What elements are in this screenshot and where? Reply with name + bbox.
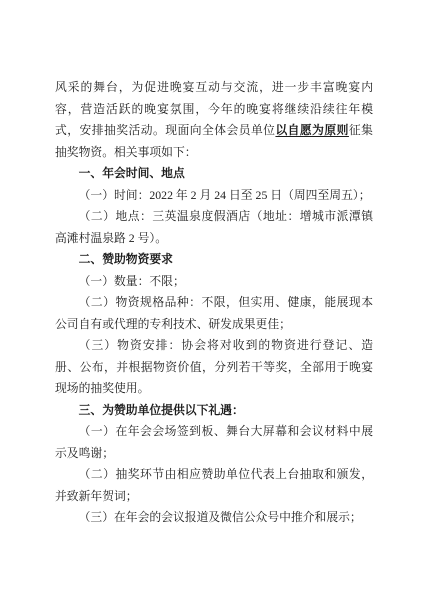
section-2-paragraph-1: （一）数量：不限； xyxy=(55,271,373,293)
section-heading-1: 一、年会时间、地点 xyxy=(55,163,373,185)
section-2-paragraph-3: （三）物资安排：协会将对收到的物资进行登记、造册、公布，并根据物资价值，分列若干… xyxy=(55,335,373,400)
intro-paragraph: 风采的舞台，为促进晚宴互动与交流，进一步丰富晚宴内容，营造活跃的晚宴氛围，今年的… xyxy=(55,77,373,163)
intro-emphasis-underlined: 以自愿为原则 xyxy=(275,123,348,137)
section-2-paragraph-2: （二）物资规格品种：不限，但实用、健康，能展现本公司自有或代理的专利技术、研发成… xyxy=(55,292,373,335)
sections-container: 一、年会时间、地点（一）时间：2022 年 2 月 24 日至 25 日（周四至… xyxy=(55,163,373,529)
section-1-paragraph-2: （二）地点：三英温泉度假酒店（地址：增城市派潭镇高滩村温泉路 2 号）。 xyxy=(55,206,373,249)
section-heading-3: 三、为赞助单位提供以下礼遇： xyxy=(55,400,373,422)
section-heading-2: 二、赞助物资要求 xyxy=(55,249,373,271)
section-3-paragraph-1: （一）在年会会场签到板、舞台大屏幕和会议材料中展示及鸣谢； xyxy=(55,421,373,464)
document-page: 风采的舞台，为促进晚宴互动与交流，进一步丰富晚宴内容，营造活跃的晚宴氛围，今年的… xyxy=(0,0,424,600)
document-body: 风采的舞台，为促进晚宴互动与交流，进一步丰富晚宴内容，营造活跃的晚宴氛围，今年的… xyxy=(55,77,373,529)
section-3-paragraph-2: （二）抽奖环节由相应赞助单位代表上台抽取和颁发，并致新年贺词； xyxy=(55,464,373,507)
section-3-paragraph-3: （三）在年会的会议报道及微信公众号中推介和展示； xyxy=(55,507,373,529)
section-1-paragraph-1: （一）时间：2022 年 2 月 24 日至 25 日（周四至周五）； xyxy=(55,185,373,207)
